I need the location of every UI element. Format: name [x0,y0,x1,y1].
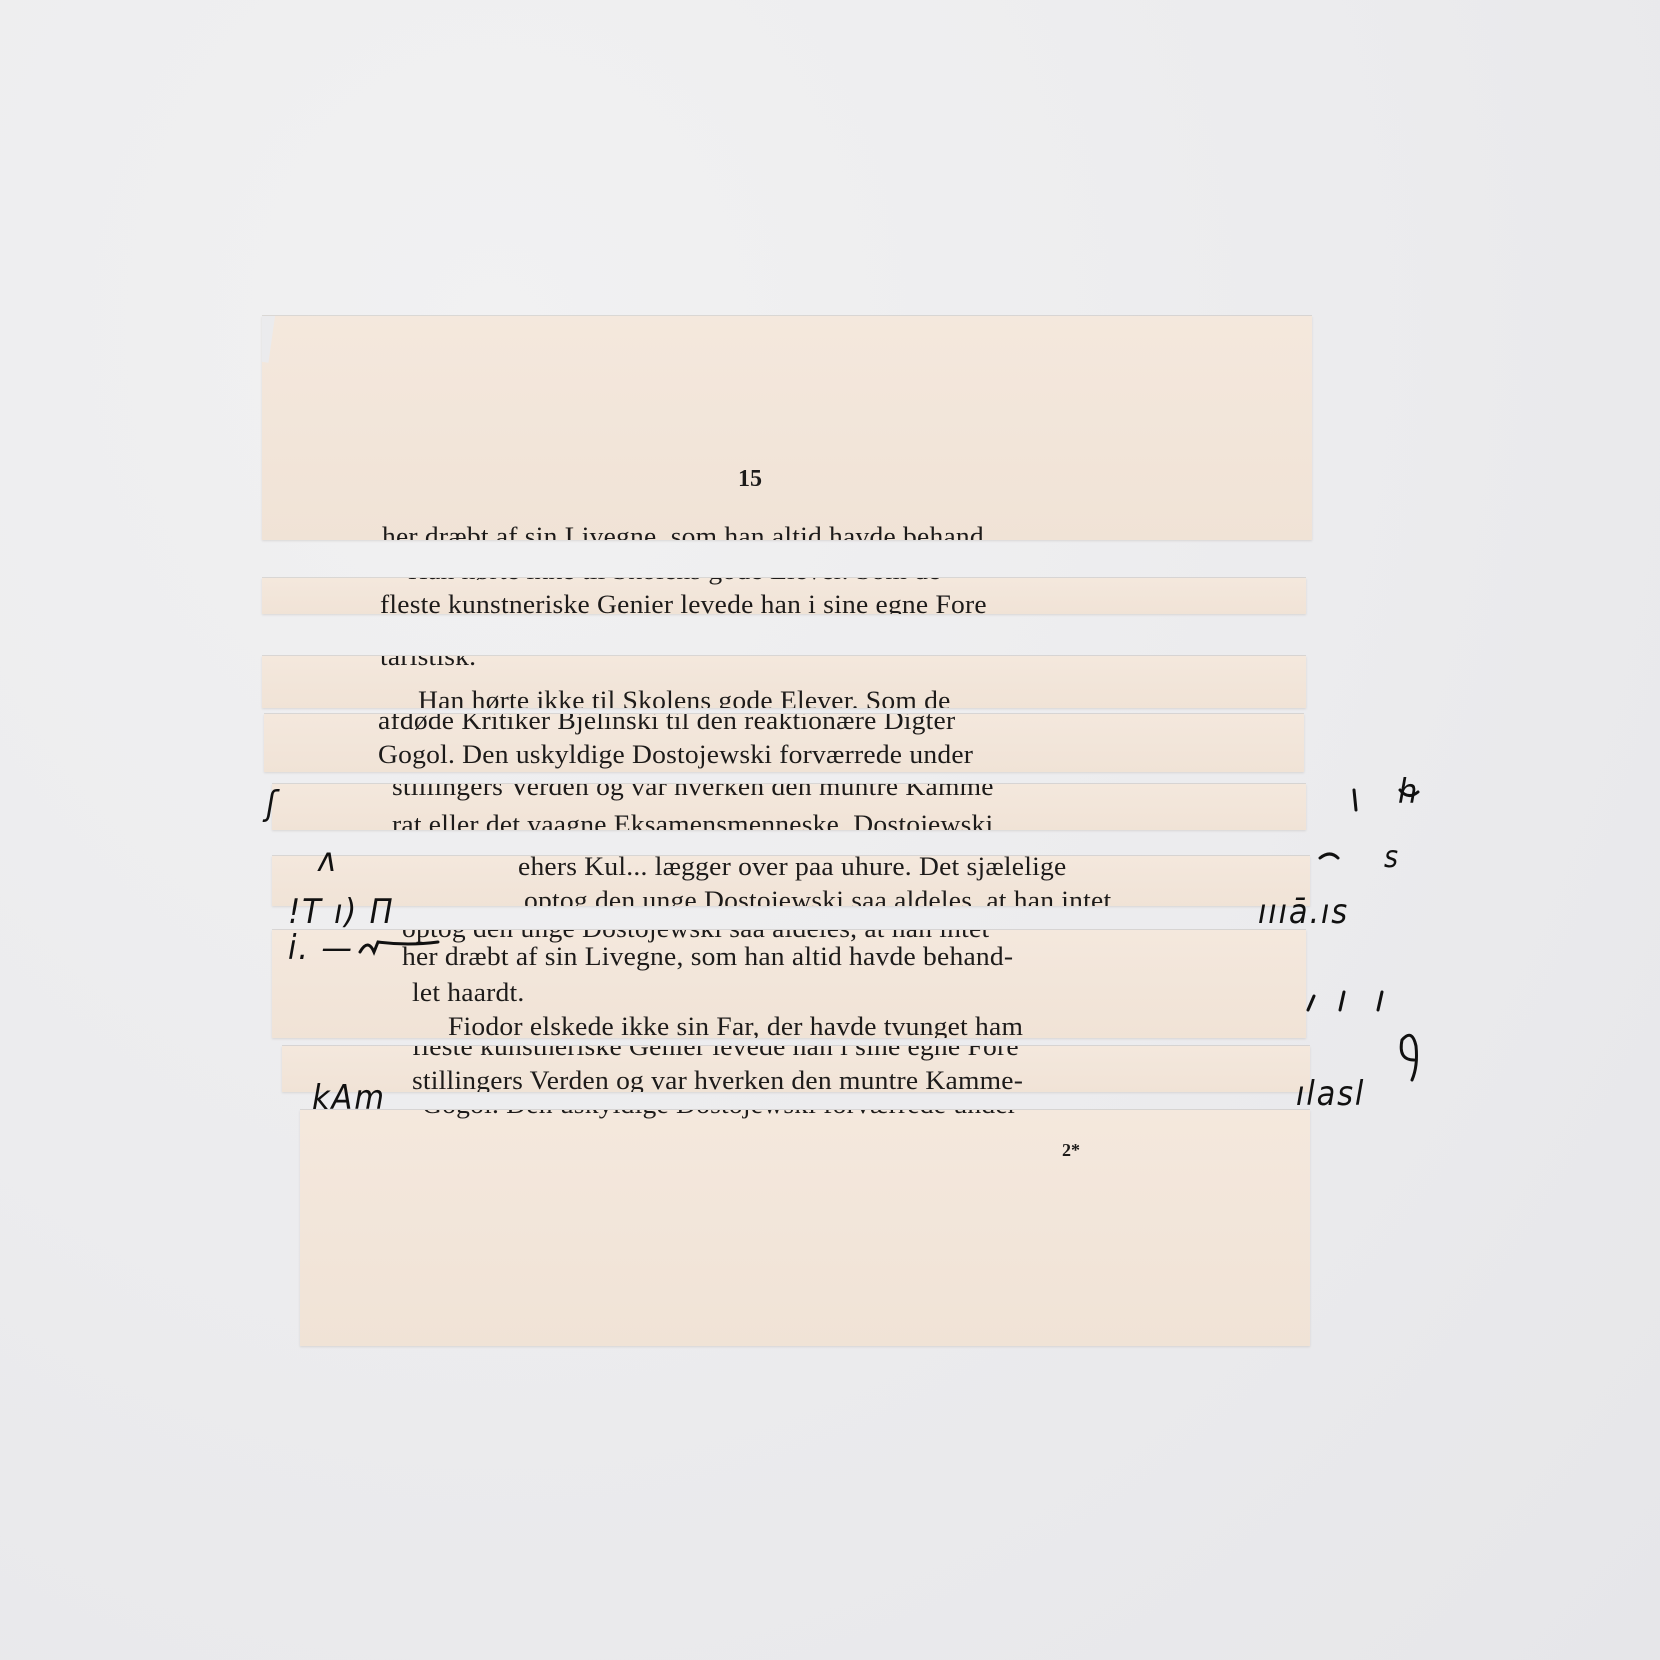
paper-strip-2: Han hørte ikke til Skolens gode Elever. … [262,578,1306,614]
text-line: her dræbt af sin Livegne, som han altid … [382,522,984,540]
text-line: optog den unge Dostojewski saa aldeles, … [524,886,1111,906]
paper-strip-9: Gogol. Den uskyldige Dostojewski forværr… [300,1110,1310,1346]
handwriting-mark: ʌ [318,840,338,880]
handwriting-mark: s [1384,840,1400,875]
text-line: her dræbt af sin Livegne, som han altid … [402,942,1013,972]
paper-strip-3: taristisk. Han hørte ikke til Skolens go… [262,656,1306,708]
paper-strip-6: ehers Kul... lægger over paa uhure. Det … [272,856,1310,906]
text-line: rat eller det vaagne Eksamensmenneske. D… [392,810,993,830]
text-line: taristisk. [380,656,476,672]
text-line: ehers Kul... lægger over paa uhure. Det … [518,856,1066,882]
text-line: afdøde Kritiker Bjelinski til den reakti… [378,714,955,736]
text-line: fleste kunstneriske Genier levede han i … [412,1046,1019,1062]
text-line: Fiodor elskede ikke sin Far, der havde t… [448,1012,1023,1038]
white-backdrop [0,0,1660,1660]
paper-strip-1: 15 her dræbt af sin Livegne, som han alt… [262,316,1312,540]
handwriting-mark: h [1398,772,1419,812]
handwriting-mark: ıııā.ıs [1258,892,1349,932]
handwriting-mark: i. — [288,928,354,968]
text-line: stillingers Verden og var hverken den mu… [412,1066,1023,1092]
text-line: Han hørte ikke til Skolens gode Elever. … [408,578,941,586]
handwriting-mark: ʃ [266,784,278,824]
footer-signature-mark: 2* [1062,1140,1080,1161]
handwriting-mark: kAm [312,1078,386,1118]
text-line: Han hørte ikke til Skolens gode Elever. … [418,686,951,708]
paper-strip-7: optog den unge Dostojewski saa aldeles, … [272,930,1306,1038]
handwriting-mark: !T ı) Π [288,892,394,932]
text-line: Gogol. Den uskyldige Dostojewski forværr… [378,740,973,770]
page-number: 15 [738,466,762,493]
text-line: stillingers Verden og var hverken den mu… [392,784,994,802]
text-line: Gogol. Den uskyldige Dostojewski forværr… [422,1110,1017,1120]
torn-corner [262,316,275,363]
paper-strip-8: fleste kunstneriske Genier levede han i … [282,1046,1310,1092]
text-line: let haardt. [412,978,525,1008]
paper-strip-4: afdøde Kritiker Bjelinski til den reakti… [264,714,1304,772]
handwriting-mark: ılasl [1296,1074,1365,1114]
text-line: fleste kunstneriske Genier levede han i … [380,590,987,614]
paper-strip-5: stillingers Verden og var hverken den mu… [272,784,1306,830]
